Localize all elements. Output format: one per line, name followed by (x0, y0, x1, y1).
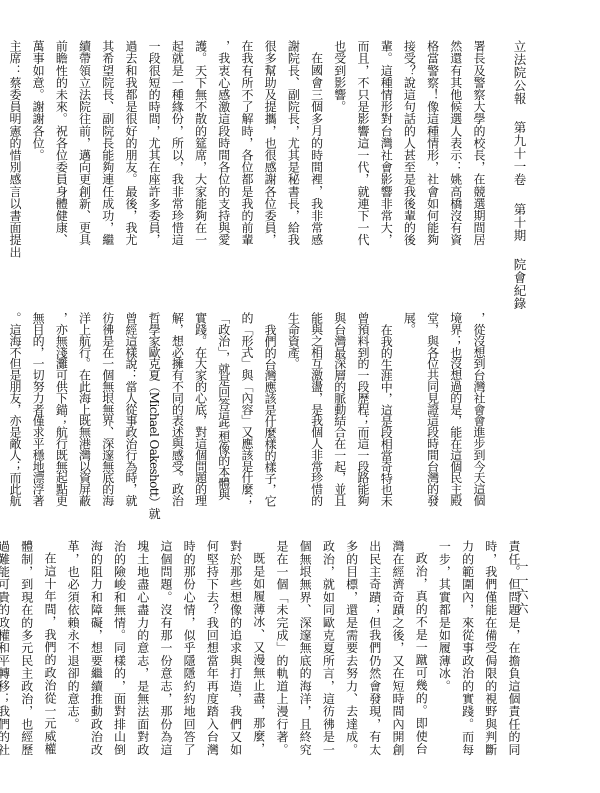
issue-label: 第十期 (509, 203, 529, 242)
text-column: 政治，真的不是一蹴可幾的。即使台 (409, 540, 432, 785)
text-column: 行的要領乃在於利用我們享有的行為傳 (0, 312, 3, 527)
text-column: 能與之相互激盪，是我個人非常珍惜的 (304, 312, 327, 527)
text-column: 何堅持下去？我回想當年再度踏入台灣 (200, 540, 223, 785)
publication-title: 立法院公報 (509, 40, 529, 105)
text-column: 主席：蔡委員明憲的惜別感言以書面提出 (3, 40, 26, 275)
text-column: 很多幫助及提攜，也很感謝各位委員， (258, 40, 281, 275)
text-column: 曾經這樣說：當人從事政治行為時，就 (119, 312, 142, 527)
text-column: 時的那份心情，似乎隱隱約約地回答了 (177, 540, 200, 785)
text-column: ，我衷心感激這段時間各位的支持與愛 (212, 40, 235, 275)
text-column: 護。天下無不散的筵席，大家能夠在一 (188, 40, 211, 275)
text-column: 灣在經濟奇蹟之後，又在短時間內開創 (386, 540, 409, 785)
text-column: 在這十年間，我們的政治從一元威權 (38, 540, 61, 785)
text-band-middle: ，從沒想到台灣社會會進步到今天這個境界；也沒想過的是，能在這個民主殿堂，與各位共… (0, 312, 490, 527)
text-column: 前瞻性的未來。祝各位委員身體健康、 (49, 40, 72, 275)
text-column: 出民主奇蹟；但我們仍然會發現，有太 (363, 540, 386, 785)
text-column: 展。 (397, 312, 420, 527)
text-column: 「政治」，就是回答這些想像的本體與 (212, 312, 235, 527)
text-column: 是在一個「未完成」的軌道上漫行著。 (270, 540, 293, 785)
text-column: 多的目標，還是需要去努力、去達成。 (339, 540, 362, 785)
text-column: 一步，其實都是如履薄冰。 (432, 540, 455, 785)
text-column: 洋上航行。在此海上既無港灣以資屏蔽 (72, 312, 95, 527)
text-column: 然還有其他候選人表示：姚高橋沒有資 (444, 40, 467, 275)
text-column: 體制，到現在的多元民主政治，也經歷 (15, 540, 38, 785)
text-column: 續帶領立法院往前，邁向更創新、更具 (72, 40, 95, 275)
text-column: 實踐。在大家的心底，對這個問題的理 (188, 312, 211, 527)
text-column: 解，想必擁有不同的表述與感受。政治 (165, 312, 188, 527)
text-column: 對於那些想像的追求與打造，我們又如 (223, 540, 246, 785)
text-column: 。這海不但是朋友，亦是敵人；而此航 (3, 312, 26, 527)
text-column: 堂，與各位共同見證這段時間台灣的發 (420, 312, 443, 527)
text-column: 這個問題。沒有那一份意志，那份為這 (154, 540, 177, 785)
text-column: 格當警察！像這種情形，社會如何能夠 (420, 40, 443, 275)
text-column: 署長及警察大學的校長，在競選期間居 (467, 40, 490, 275)
volume-label: 第九十一卷 (509, 121, 529, 186)
text-column: 輩。這種情形對台灣社會影響非常大， (374, 40, 397, 275)
text-band-top: 署長及警察大學的校長，在競選期間居然還有其他候選人表示：姚高橋沒有資格當警察！像… (0, 40, 490, 275)
text-column: ，亦無淺灘可供下錨；航行既無起點更 (49, 312, 72, 527)
text-column: 過難能可貴的政權和平轉移；我們的社 (0, 540, 15, 785)
text-column: 曾預料到的一段歷程；而這一段路能夠 (351, 312, 374, 527)
text-column: 個無垠無界、深邃無底的海洋，且終究 (293, 540, 316, 785)
text-column: 也受到影響。 (328, 40, 351, 275)
text-column: 我們的台灣應該是什麼樣的樣子，它 (258, 312, 281, 527)
text-column: 政治，就如同歐克夏所言，這彷彿是一 (316, 540, 339, 785)
section-label: 院會紀錄 (509, 258, 529, 310)
text-column: 其希望院長、副院長能夠連任成功，繼 (96, 40, 119, 275)
text-column: 生命資產。 (281, 312, 304, 527)
text-column: 萬事如意。謝謝各位。 (26, 40, 49, 275)
text-column: 謝院長、副院長，尤其是秘書長，給我 (281, 40, 304, 275)
text-column: 責任。但問題是，在擔負這個責任的同 (502, 540, 525, 785)
text-column: 與台灣最深層的脈動結合在一起，並且 (328, 312, 351, 527)
text-column: 在我有所不了解時，各位都是我的前輩 (235, 40, 258, 275)
text-column: 起就是一種緣份，所以，我非常珍惜這 (165, 40, 188, 275)
running-header: 立法院公報 第九十一卷 第十期 院會紀錄 (509, 40, 529, 310)
text-column: 一段很短的時間，尤其在座許多委員， (142, 40, 165, 275)
text-column: 力的範圍內，來從事政治的實踐。而每 (455, 540, 478, 785)
text-column: 既是如履薄冰、又漫無止盡，那麼， (247, 540, 270, 785)
text-column: 塊土地盡心盡力的意志，是無法面對政 (131, 540, 154, 785)
text-column: 在我的生涯中，這是段相當奇特也未 (374, 312, 397, 527)
text-column: ，從沒想到台灣社會會進步到今天這個 (467, 312, 490, 527)
text-column: 的「形式」與「內容」又應該是什麼； (235, 312, 258, 527)
text-column: 治的險峻和無情。同樣的，面對排山倒 (107, 540, 130, 785)
text-column: 革，也必須依賴永不退卻的意志。 (61, 540, 84, 785)
text-column: 境界；也沒想過的是，能在這個民主殿 (444, 312, 467, 527)
text-column: 而且，不只是影響這一代，就連下一代 (351, 40, 374, 275)
text-column: 接受？說這句話的人甚至是我後輩的後 (397, 40, 420, 275)
text-column: 在國會三個多月的時間裡，我非常感 (304, 40, 327, 275)
text-column: 無目的，一切努力者僅求平穩地漂浮著 (26, 312, 49, 527)
text-column: 海的阻力和障礙，想要繼續推動政治改 (84, 540, 107, 785)
text-column: 彷彿是在一個無垠無界、深邃無底的海 (96, 312, 119, 527)
text-column: 哲學家歐克夏（Michael Oakeshott）就 (142, 312, 165, 527)
text-column: 時，我們僅能在備受侷限的視野與判斷 (479, 540, 502, 785)
text-band-bottom: 責任。但問題是，在擔負這個責任的同時，我們僅能在備受侷限的視野與判斷力的範圍內，… (0, 540, 525, 785)
text-column: 過去和我都是很好的朋友。最後，我尤 (119, 40, 142, 275)
